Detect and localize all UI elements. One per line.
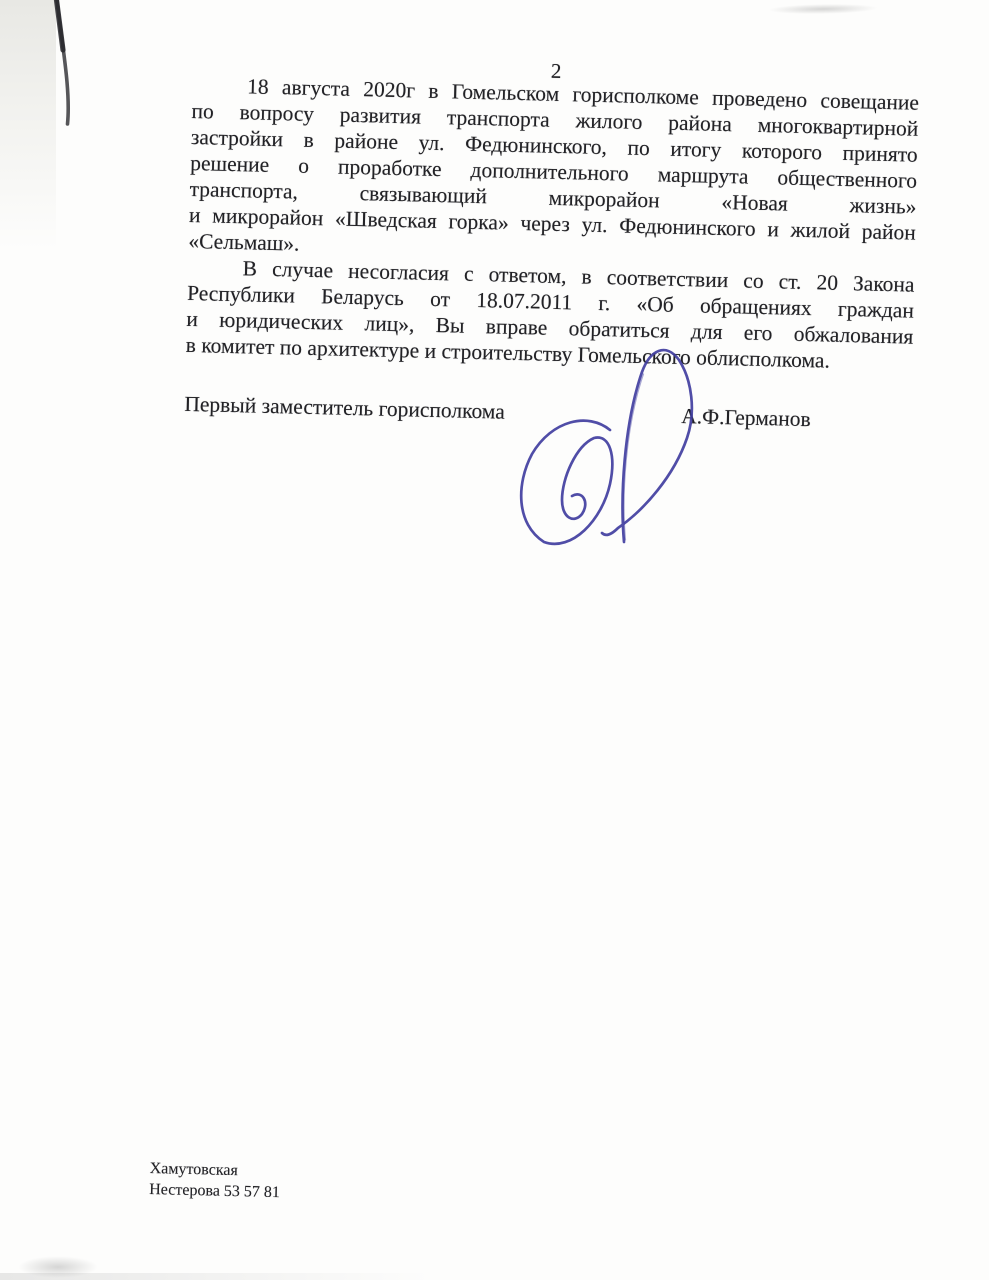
handwritten-signature [478, 328, 742, 564]
scan-noise-streak [768, 3, 878, 15]
scan-bottom-edge-shadow [0, 1273, 430, 1280]
scanned-document-page: { "page": { "number": "2", "background":… [0, 0, 989, 1280]
executor-footer: Хамутовская Нестерова 53 57 81 [149, 1158, 281, 1203]
executor-name-2: Нестерова 53 57 81 [149, 1179, 280, 1203]
paragraph-meeting: 18 августа 2020г в Гомельском горисполко… [188, 72, 919, 272]
signatory-position-title: Первый заместитель горисполкома [184, 392, 505, 424]
scan-page-fold-line [40, 0, 90, 140]
